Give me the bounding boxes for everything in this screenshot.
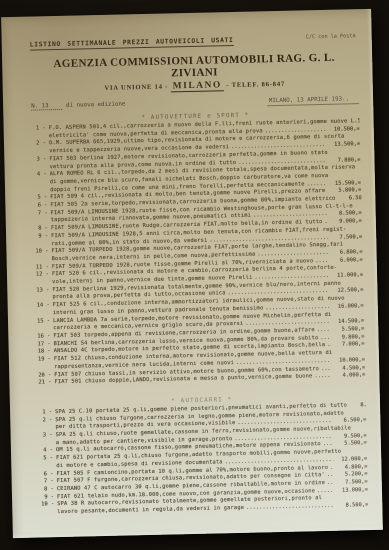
doc-number: N. 13 di nuova edizione	[31, 101, 125, 109]
autovetture-list: 1 -F.O. ASPERN 501,4 cil.,carrozzeria a …	[32, 118, 366, 387]
autocarri-list: 1 -SPA 25 C.10 portata 25 q.li,gomme pie…	[38, 402, 368, 517]
document-paper: LISTINO SETTIMANALE PREZZI AUTOVEICOLI U…	[1, 9, 383, 538]
address-city: MILANO	[171, 80, 224, 92]
document-meta-row: N. 13 di nuova edizione MILANO, 13 APRIL…	[31, 96, 359, 111]
document-title: LISTINO SETTIMANALE PREZZI AUTOVEICOLI U…	[30, 36, 234, 51]
photo-background: LISTINO SETTIMANALE PREZZI AUTOVEICOLI U…	[0, 0, 389, 550]
document-header: LISTINO SETTIMANALE PREZZI AUTOVEICOLI U…	[30, 33, 358, 50]
address-street: VIA UNIONE 14 -	[104, 83, 168, 91]
address-phone: - TELEF. 86-847	[226, 81, 285, 89]
postal-note: C/C con la Posta	[306, 33, 356, 40]
place-date: MILANO, 13 APRILE 193..	[267, 96, 359, 106]
